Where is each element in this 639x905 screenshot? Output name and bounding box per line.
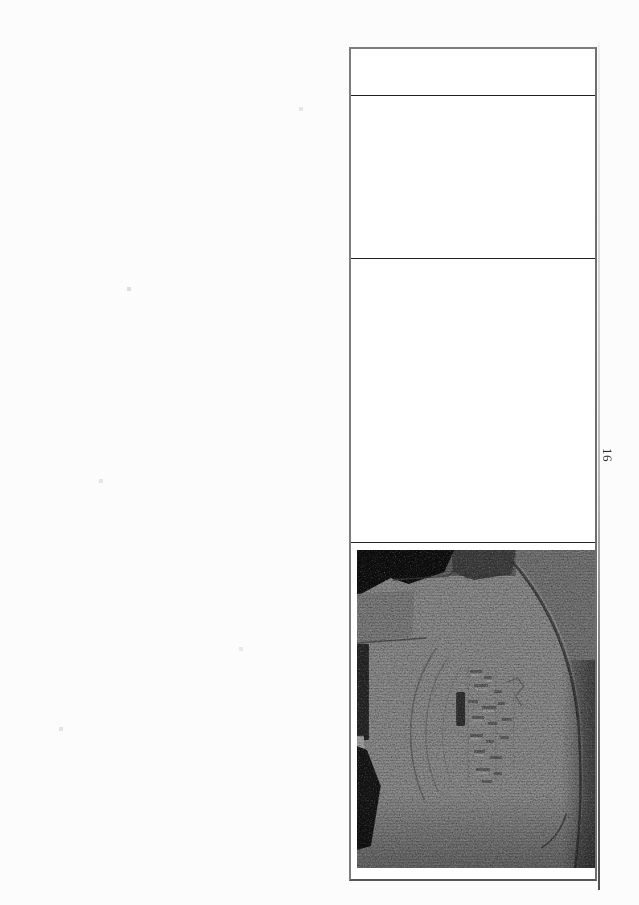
scanner-noise-specks (0, 0, 2, 2)
scanned-document-page: 16 (0, 0, 639, 905)
table-cell-top (351, 49, 595, 95)
table-cell-second (351, 95, 595, 258)
page-edge-scan-artifact (598, 42, 600, 890)
table-cell-photo (351, 542, 595, 879)
figure-table (349, 47, 597, 881)
table-cell-third (351, 258, 595, 542)
grain-light (357, 550, 595, 868)
page-number: 16 (598, 446, 616, 464)
stela-photo-graphic (357, 550, 595, 868)
stone-stela-photograph (357, 550, 595, 868)
